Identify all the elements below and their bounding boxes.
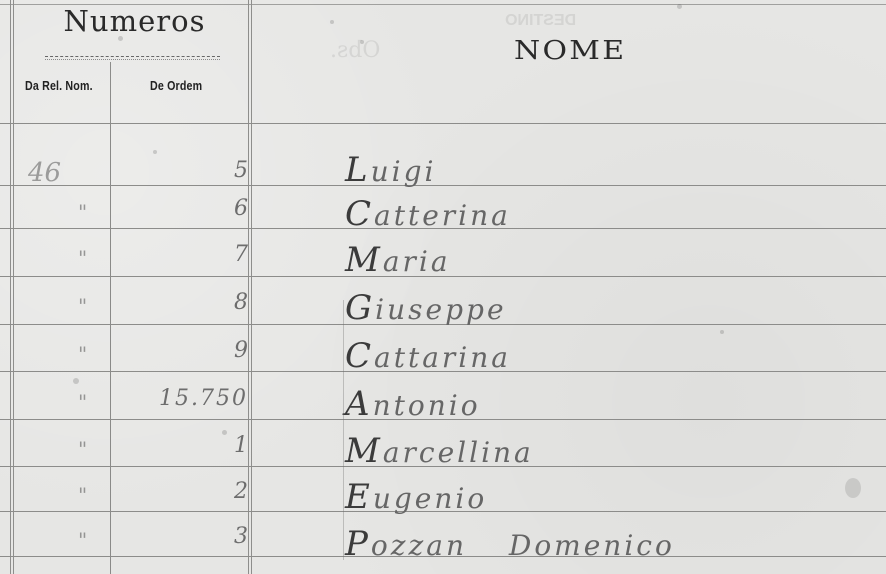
- numeros-header: Numeros: [32, 4, 237, 38]
- nome-value: Cattarina: [345, 336, 511, 376]
- ordem-value: 2: [118, 479, 248, 504]
- nome-value: Eugenio: [345, 477, 487, 517]
- paper-speck: [677, 4, 682, 9]
- left-margin-rule: [10, 0, 14, 574]
- bleed-through-text: Obs.: [330, 38, 380, 63]
- paper-speck: [360, 40, 364, 44]
- ordem-value: 7: [118, 242, 248, 267]
- ordem-value: 6: [118, 196, 248, 221]
- rel-nom-value: 46: [28, 158, 113, 188]
- pencil-mark: [343, 300, 344, 560]
- row-rule: [0, 185, 886, 186]
- ordem-value: 8: [118, 290, 248, 315]
- paper-speck: [118, 36, 123, 41]
- header-subcolumn-divider: [110, 62, 111, 124]
- paper-stain: [845, 478, 861, 498]
- paper-speck: [73, 378, 79, 384]
- row-rule: [0, 123, 886, 124]
- paper-speck: [153, 150, 157, 154]
- ordem-value: 3: [118, 524, 248, 549]
- ordem-value: 5: [118, 158, 248, 183]
- nome-value: Marcellina: [345, 431, 534, 471]
- ordem-value: 1: [118, 433, 248, 458]
- nome-value: Catterina: [345, 194, 511, 234]
- nome-value: Luigi: [345, 150, 436, 190]
- column-header-ordem: De Ordem: [150, 78, 202, 93]
- nome-value: Antonio: [345, 384, 481, 424]
- nome-value: Pozzan Domenico: [345, 524, 675, 564]
- column-header-rel-nom: Da Rel. Nom.: [25, 78, 93, 93]
- nome-value: Giuseppe: [345, 288, 507, 328]
- header-decorative-rule: [45, 56, 220, 60]
- paper-speck: [720, 330, 724, 334]
- column-header-nome: NOME: [514, 36, 626, 66]
- paper-speck: [222, 430, 227, 435]
- ordem-value: 15.750: [118, 386, 248, 411]
- bleed-through-text: DESTINO: [505, 12, 576, 30]
- ordem-value: 9: [118, 338, 248, 363]
- ledger-page: DESTINO Obs. Numeros Da Rel. Nom. De Ord…: [0, 0, 886, 574]
- column-rule-ordem: [248, 0, 252, 574]
- nome-value: Maria: [345, 240, 451, 280]
- paper-speck: [330, 20, 334, 24]
